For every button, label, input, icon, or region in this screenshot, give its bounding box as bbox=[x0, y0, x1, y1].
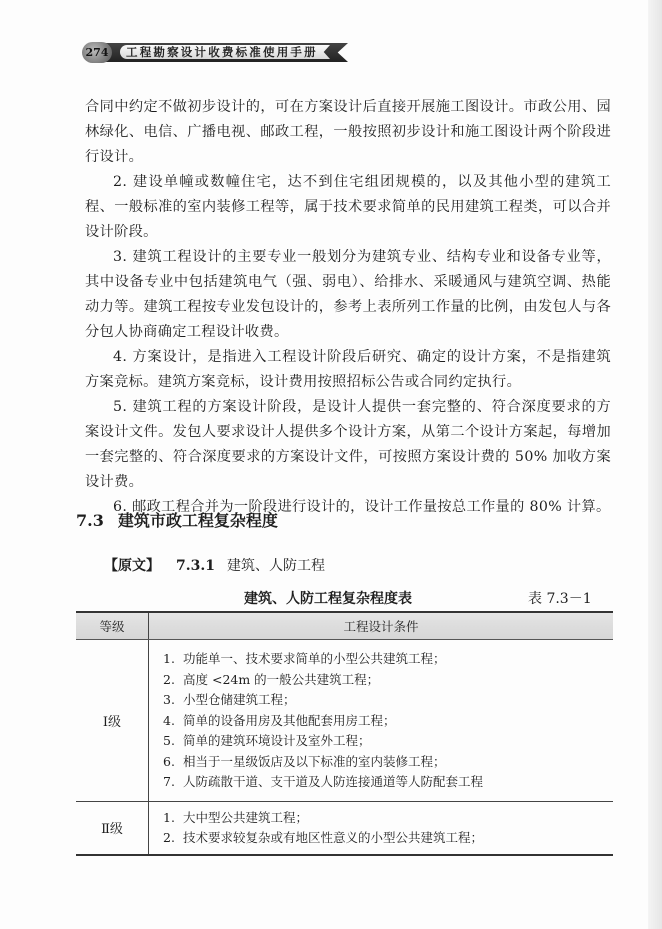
item-text: 功能单一、技术要求简单的小型公共建筑工程； bbox=[183, 651, 446, 666]
item-text: 人防疏散干道、支干道及人防连接通道等人防配套工程 bbox=[183, 774, 483, 789]
paragraph: 5. 建筑工程的方案设计阶段，是设计人提供一套完整的、符合深度要求的方案设计文件… bbox=[85, 395, 611, 495]
body-text: 合同中约定不做初步设计的，可在方案设计后直接开展施工图设计。市政公用、园林绿化、… bbox=[85, 95, 611, 520]
paragraph: 合同中约定不做初步设计的，可在方案设计后直接开展施工图设计。市政公用、园林绿化、… bbox=[85, 95, 611, 170]
running-header: 274 工程勘察设计收费标准使用手册 bbox=[82, 42, 350, 64]
item-number: 1. bbox=[163, 649, 183, 670]
item-number: 1. bbox=[163, 808, 183, 829]
section-heading: 7.3建筑市政工程复杂程度 bbox=[76, 508, 278, 531]
item-number: 2. bbox=[163, 828, 183, 849]
book-title: 工程勘察设计收费标准使用手册 bbox=[126, 45, 318, 60]
page-number: 274 bbox=[82, 42, 112, 63]
item-number: 3. bbox=[163, 690, 183, 711]
condition-item: 6.相当于一星级饭店及以下标准的室内装修工程； bbox=[163, 752, 613, 773]
condition-item: 5.简单的建筑环境设计及室外工程； bbox=[163, 731, 613, 752]
section-title: 建筑市政工程复杂程度 bbox=[118, 511, 278, 530]
item-number: 2. bbox=[163, 670, 183, 691]
item-number: 4. bbox=[163, 711, 183, 732]
header-conditions: 工程设计条件 bbox=[149, 612, 614, 640]
condition-item: 2.高度 <24m 的一般公共建筑工程； bbox=[163, 670, 613, 691]
item-text: 大中型公共建筑工程； bbox=[183, 810, 308, 825]
grade-cell: Ⅱ级 bbox=[76, 801, 149, 855]
header-grade: 等级 bbox=[76, 612, 149, 640]
original-text-label: 【原文】 bbox=[104, 558, 160, 574]
item-text: 技术要求较复杂或有地区性意义的小型公共建筑工程； bbox=[183, 830, 483, 845]
item-number: 5. bbox=[163, 731, 183, 752]
condition-item: 4.简单的设备用房及其他配套用房工程； bbox=[163, 711, 613, 732]
paragraph: 4. 方案设计，是指进入工程设计阶段后研究、确定的设计方案，不是指建筑方案竞标。… bbox=[85, 345, 611, 395]
condition-item: 3.小型仓储建筑工程； bbox=[163, 690, 613, 711]
grade-cell: Ⅰ级 bbox=[76, 640, 149, 802]
condition-item: 1.大中型公共建筑工程； bbox=[163, 808, 613, 829]
item-text: 高度 <24m 的一般公共建筑工程； bbox=[183, 672, 379, 687]
clause-title: 建筑、人防工程 bbox=[227, 558, 325, 574]
clause-number: 7.3.1 bbox=[176, 558, 215, 574]
paragraph: 3. 建筑工程设计的主要专业一般划分为建筑专业、结构专业和设备专业等，其中设备专… bbox=[85, 245, 611, 345]
paragraph: 2. 建设单幢或数幢住宅，达不到住宅组团规模的，以及其他小型的建筑工程、一般标准… bbox=[85, 170, 611, 245]
item-text: 相当于一星级饭店及以下标准的室内装修工程； bbox=[183, 754, 446, 769]
clause-heading: 【原文】7.3.1建筑、人防工程 bbox=[104, 555, 325, 575]
conditions-cell: 1.大中型公共建筑工程； 2.技术要求较复杂或有地区性意义的小型公共建筑工程； bbox=[149, 801, 614, 855]
item-number: 6. bbox=[163, 752, 183, 773]
condition-item: 7.人防疏散干道、支干道及人防连接通道等人防配套工程 bbox=[163, 772, 613, 793]
table-id: 表 7.3－1 bbox=[528, 588, 592, 608]
item-text: 小型仓储建筑工程； bbox=[183, 692, 296, 707]
table-row: Ⅰ级 1.功能单一、技术要求简单的小型公共建筑工程； 2.高度 <24m 的一般… bbox=[76, 640, 613, 802]
complexity-table: 等级 工程设计条件 Ⅰ级 1.功能单一、技术要求简单的小型公共建筑工程； 2.高… bbox=[76, 611, 613, 856]
table-caption: 建筑、人防工程复杂程度表 bbox=[244, 588, 412, 608]
condition-item: 2.技术要求较复杂或有地区性意义的小型公共建筑工程； bbox=[163, 828, 613, 849]
item-text: 简单的设备用房及其他配套用房工程； bbox=[183, 713, 396, 728]
section-number: 7.3 bbox=[76, 511, 104, 530]
item-text: 简单的建筑环境设计及室外工程； bbox=[183, 733, 371, 748]
table-header-row: 等级 工程设计条件 bbox=[76, 612, 613, 640]
table-row: Ⅱ级 1.大中型公共建筑工程； 2.技术要求较复杂或有地区性意义的小型公共建筑工… bbox=[76, 801, 613, 855]
page-edge-shadow bbox=[648, 0, 662, 929]
condition-item: 1.功能单一、技术要求简单的小型公共建筑工程； bbox=[163, 649, 613, 670]
conditions-cell: 1.功能单一、技术要求简单的小型公共建筑工程； 2.高度 <24m 的一般公共建… bbox=[149, 640, 614, 802]
item-number: 7. bbox=[163, 772, 183, 793]
